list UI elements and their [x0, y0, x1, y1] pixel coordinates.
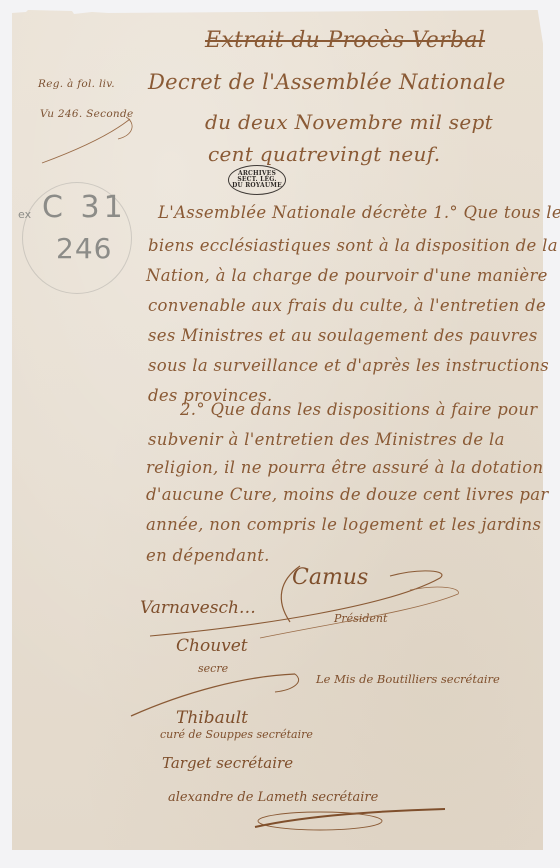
signature-target: Target secrétaire — [162, 754, 293, 772]
struck-title: Extrait du Procès Verbal — [205, 30, 485, 52]
thibault-title: curé de Souppes secrétaire — [160, 728, 313, 741]
signature-lameth: alexandre de Lameth secrétaire — [168, 790, 378, 805]
stamp-line-3: DU ROYAUME — [232, 183, 282, 189]
archives-stamp: ARCHIVES SECT. LÉG. DU ROYAUME — [228, 165, 286, 195]
body-line-9: subvenir à l'entretien des Ministres de … — [148, 432, 505, 449]
margin-note-line-1: Reg. à fol. liv. — [38, 78, 115, 90]
body-line-6: sous la surveillance et d'après les inst… — [148, 358, 549, 375]
body-line-12: année, non compris le logement et les ja… — [146, 517, 541, 534]
heading-line-2: du deux Novembre mil sept — [205, 112, 493, 132]
signature-left: Varnavesch… — [140, 598, 256, 618]
pencil-ref-code: C 31 — [42, 190, 127, 225]
margin-flourish-icon — [40, 115, 140, 165]
pencil-ref-number: 246 — [56, 232, 112, 265]
pencil-ref-prefix: ex — [18, 208, 31, 221]
president-title: Président — [334, 612, 387, 625]
signature-chouvet: Chouvet — [176, 636, 248, 656]
heading-line-1: Decret de l'Assemblée Nationale — [148, 72, 506, 93]
body-line-4: convenable aux frais du culte, à l'entre… — [148, 298, 546, 315]
body-line-3: Nation, à la charge de pourvoir d'une ma… — [146, 268, 548, 285]
lameth-flourish-icon — [250, 805, 450, 835]
signature-thibault: Thibault — [176, 708, 248, 728]
body-line-1: L'Assemblée Nationale décrète 1.° Que to… — [158, 205, 560, 222]
body-line-2: biens ecclésiastiques sont à la disposit… — [148, 238, 558, 255]
signature-marquis: Le Mis de Boutilliers secrétaire — [316, 672, 500, 686]
body-line-8: 2.° Que dans les dispositions à faire po… — [180, 402, 537, 419]
body-line-11: d'aucune Cure, moins de douze cent livre… — [146, 487, 549, 504]
body-line-5: ses Ministres et au soulagement des pauv… — [148, 328, 538, 345]
heading-line-3: cent quatrevingt neuf. — [208, 144, 440, 164]
body-line-10: religion, il ne pourra être assuré à la … — [146, 460, 543, 477]
